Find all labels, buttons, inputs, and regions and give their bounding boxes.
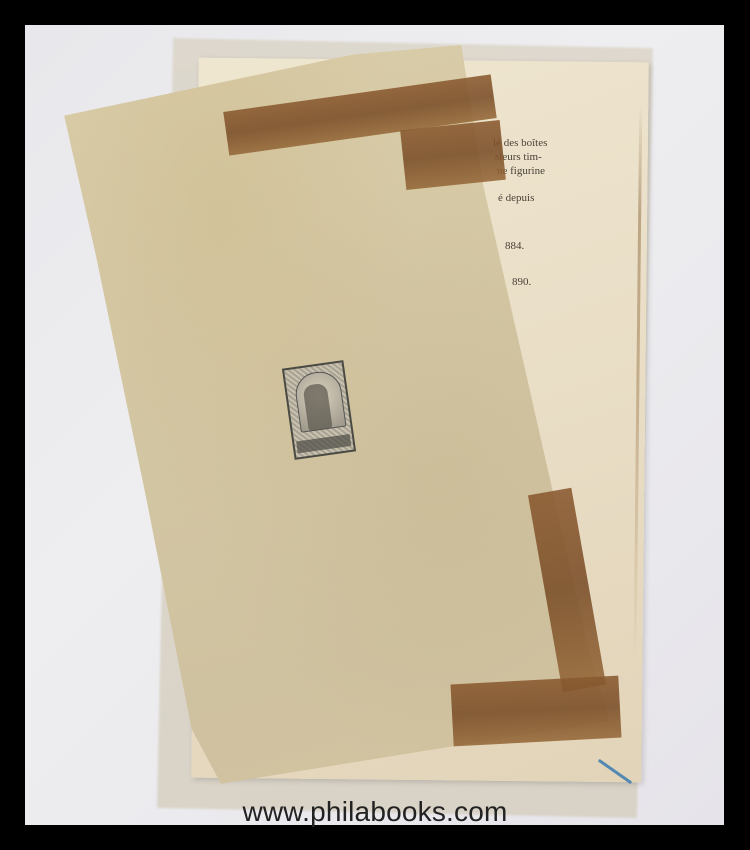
tape-strip-bottom	[450, 676, 621, 747]
vignette-base	[296, 434, 351, 453]
product-photo: lé des boîtes sieurs tim- ne figurine é …	[25, 25, 724, 825]
back-page-text-line: 884.	[505, 240, 524, 254]
back-page-text-line: 890.	[512, 276, 531, 290]
engraved-vignette-icon	[282, 360, 356, 460]
page-edge-wear	[633, 102, 642, 662]
watermark-url: www.philabooks.com	[0, 796, 750, 828]
back-page-text-line: é depuis	[498, 192, 534, 206]
tape-strip-top-right	[400, 120, 506, 190]
